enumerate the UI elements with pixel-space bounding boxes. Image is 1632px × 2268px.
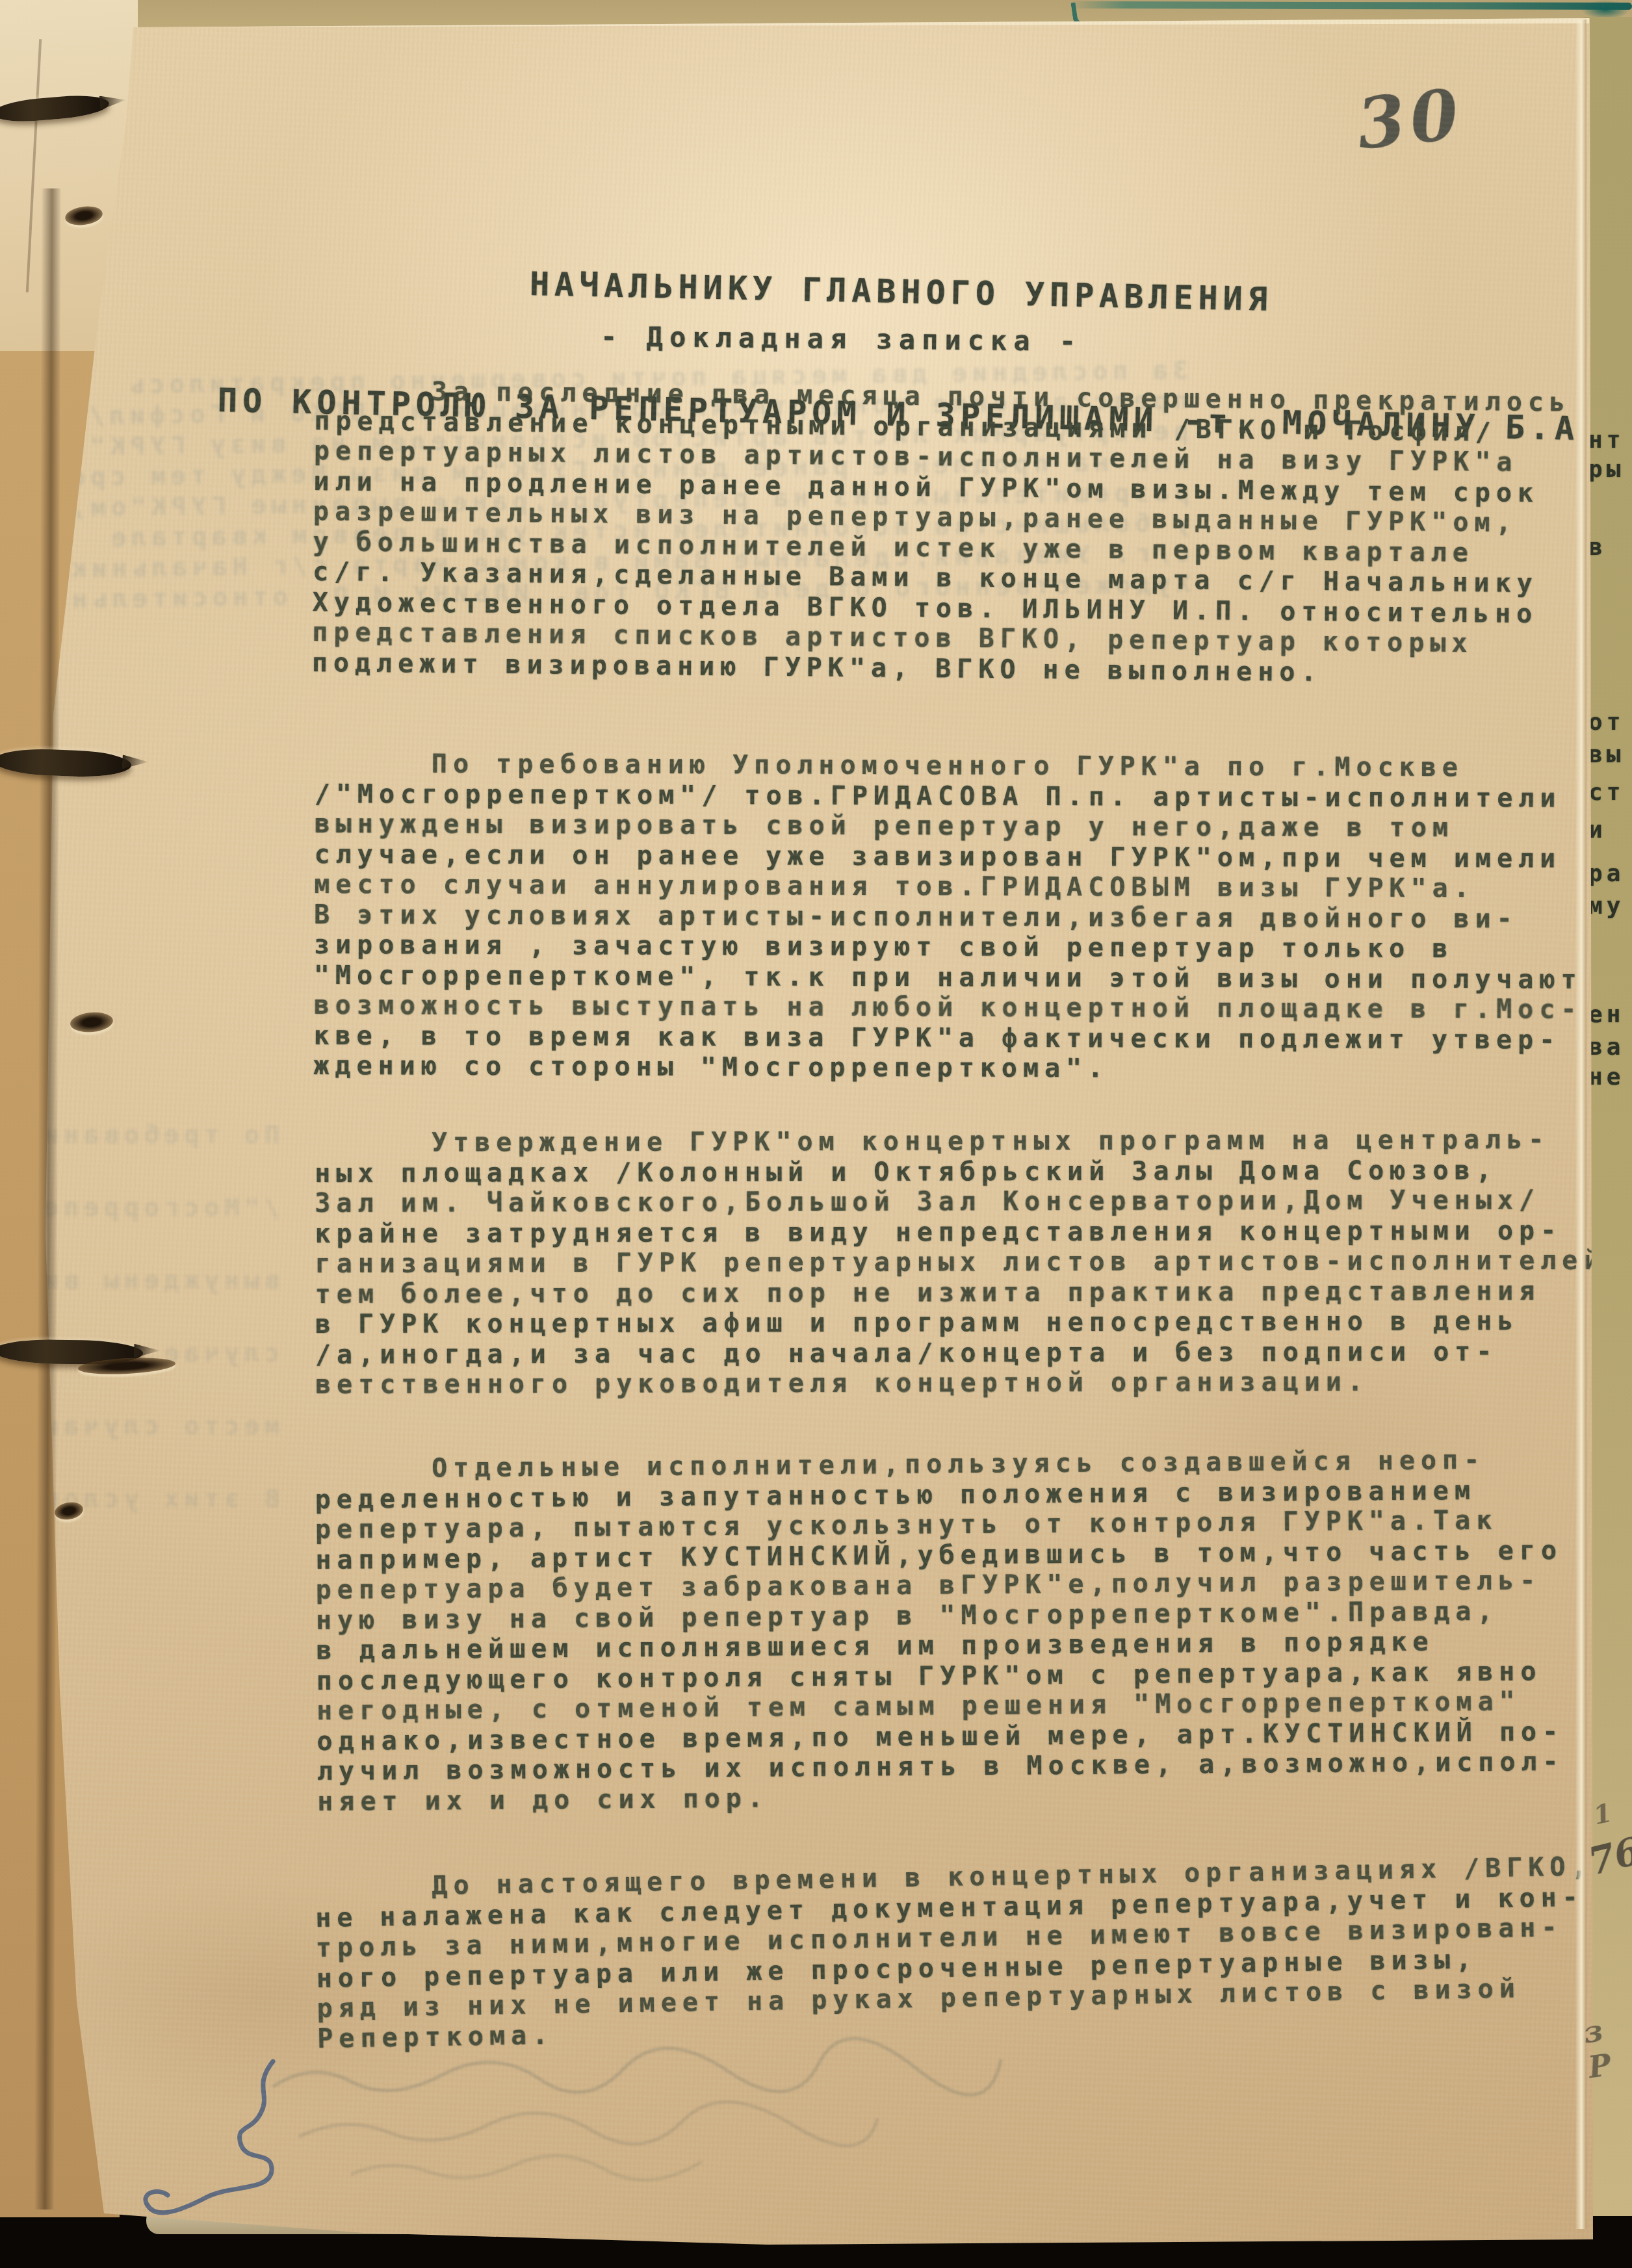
pencil-scribble [351,2155,715,2194]
typed-line: /а,иногда,и за час до начала/концерта и … [315,1336,1622,1370]
typed-paragraph: До настоящего времени в концертных орган… [315,1851,1624,2054]
typed-paragraph: Отдельные исполнители,пользуясь создавше… [315,1444,1624,1817]
typed-paragraph: За последние два месяца почти совершенно… [312,376,1621,690]
typed-line: "Мосгорреперткоме", тк.к при наличии это… [314,960,1620,995]
neighbor-text-fragment: му [1588,893,1624,920]
neighbor-text-fragment: вы [1588,741,1624,768]
typed-line: место случаи аннулирования тов.ГРИДАСОВЫ… [314,870,1620,905]
typed-line: кве, в то время как виза ГУРК"а фактичес… [313,1020,1620,1055]
pencil-mark: з Р [1581,2009,1632,2085]
typed-line: /"Мосгоррепертком"/ тов.ГРИДАСОВА П.п. а… [315,779,1621,814]
typed-line: возможность выступать на любой концертно… [314,990,1620,1025]
typed-line: ганизациями в ГУРК репертуарных листов а… [315,1246,1621,1280]
neighbor-text-fragment: ра [1588,860,1624,887]
teal-pen-stroke [1069,1,1632,10]
typed-line: Зал им. Чайковского,Большой Зал Консерва… [315,1185,1621,1219]
typed-line: ветственного руководителя концертной орг… [315,1367,1622,1400]
neighbor-text-fragment: ен [1588,1001,1624,1028]
typed-paragraph: Утверждение ГУРК"ом концертных программ … [315,1125,1622,1400]
neighbor-text-fragment: в [1588,534,1607,561]
typed-line: вынуждены визировать свой репертуар у не… [315,809,1621,844]
typed-line: В этих условиях артисты-исполнители,избе… [314,899,1620,934]
neighbor-text-fragment: ст [1588,779,1624,806]
typed-line: По требованию Уполномоченного ГУРК"а по … [315,749,1621,784]
archival-scan: нтрывотвыстирамуенване За последние два … [0,0,1632,2268]
pencil-page-number: 30 [1353,73,1468,164]
typed-line: тем более,что до сих пор не изжита практ… [315,1276,1622,1309]
typed-line: крайне затрудняется в виду непредставлен… [315,1215,1621,1249]
neighbor-text-fragment: от [1588,709,1624,736]
page-right-edge-highlight [1575,19,1587,2229]
typed-line: в ГУРК концертных афиш и программ непоср… [315,1306,1622,1340]
neighbor-text-fragment: не [1588,1064,1624,1090]
typed-paragraph: По требованию Уполномоченного ГУРК"а по … [313,749,1621,1086]
typed-line: зирования , зачастую визируют свой репер… [314,930,1620,965]
document-page: За последние два месяца почти совершенно… [0,0,1632,2268]
typed-line: случае,если он ранее уже завизирован ГУР… [314,839,1620,874]
header-line-1: НАЧАЛЬНИКУ ГЛАВНОГО УПРАВЛЕНИЯ [218,257,1584,327]
neighbor-text-fragment: ва [1588,1034,1624,1061]
typed-line: ждению со стороны "Мосгорреперткома". [313,1051,1620,1086]
typed-line: Утверждение ГУРК"ом концертных программ … [315,1125,1621,1159]
neighbor-text-fragment: и [1588,817,1607,844]
pencil-scribble [273,2057,1066,2115]
neighbor-text-fragment: ры [1588,456,1624,483]
neighbor-text-fragment: нт [1588,427,1624,454]
typed-line: ных площадках /Колонный и Октябрьский За… [315,1155,1621,1189]
